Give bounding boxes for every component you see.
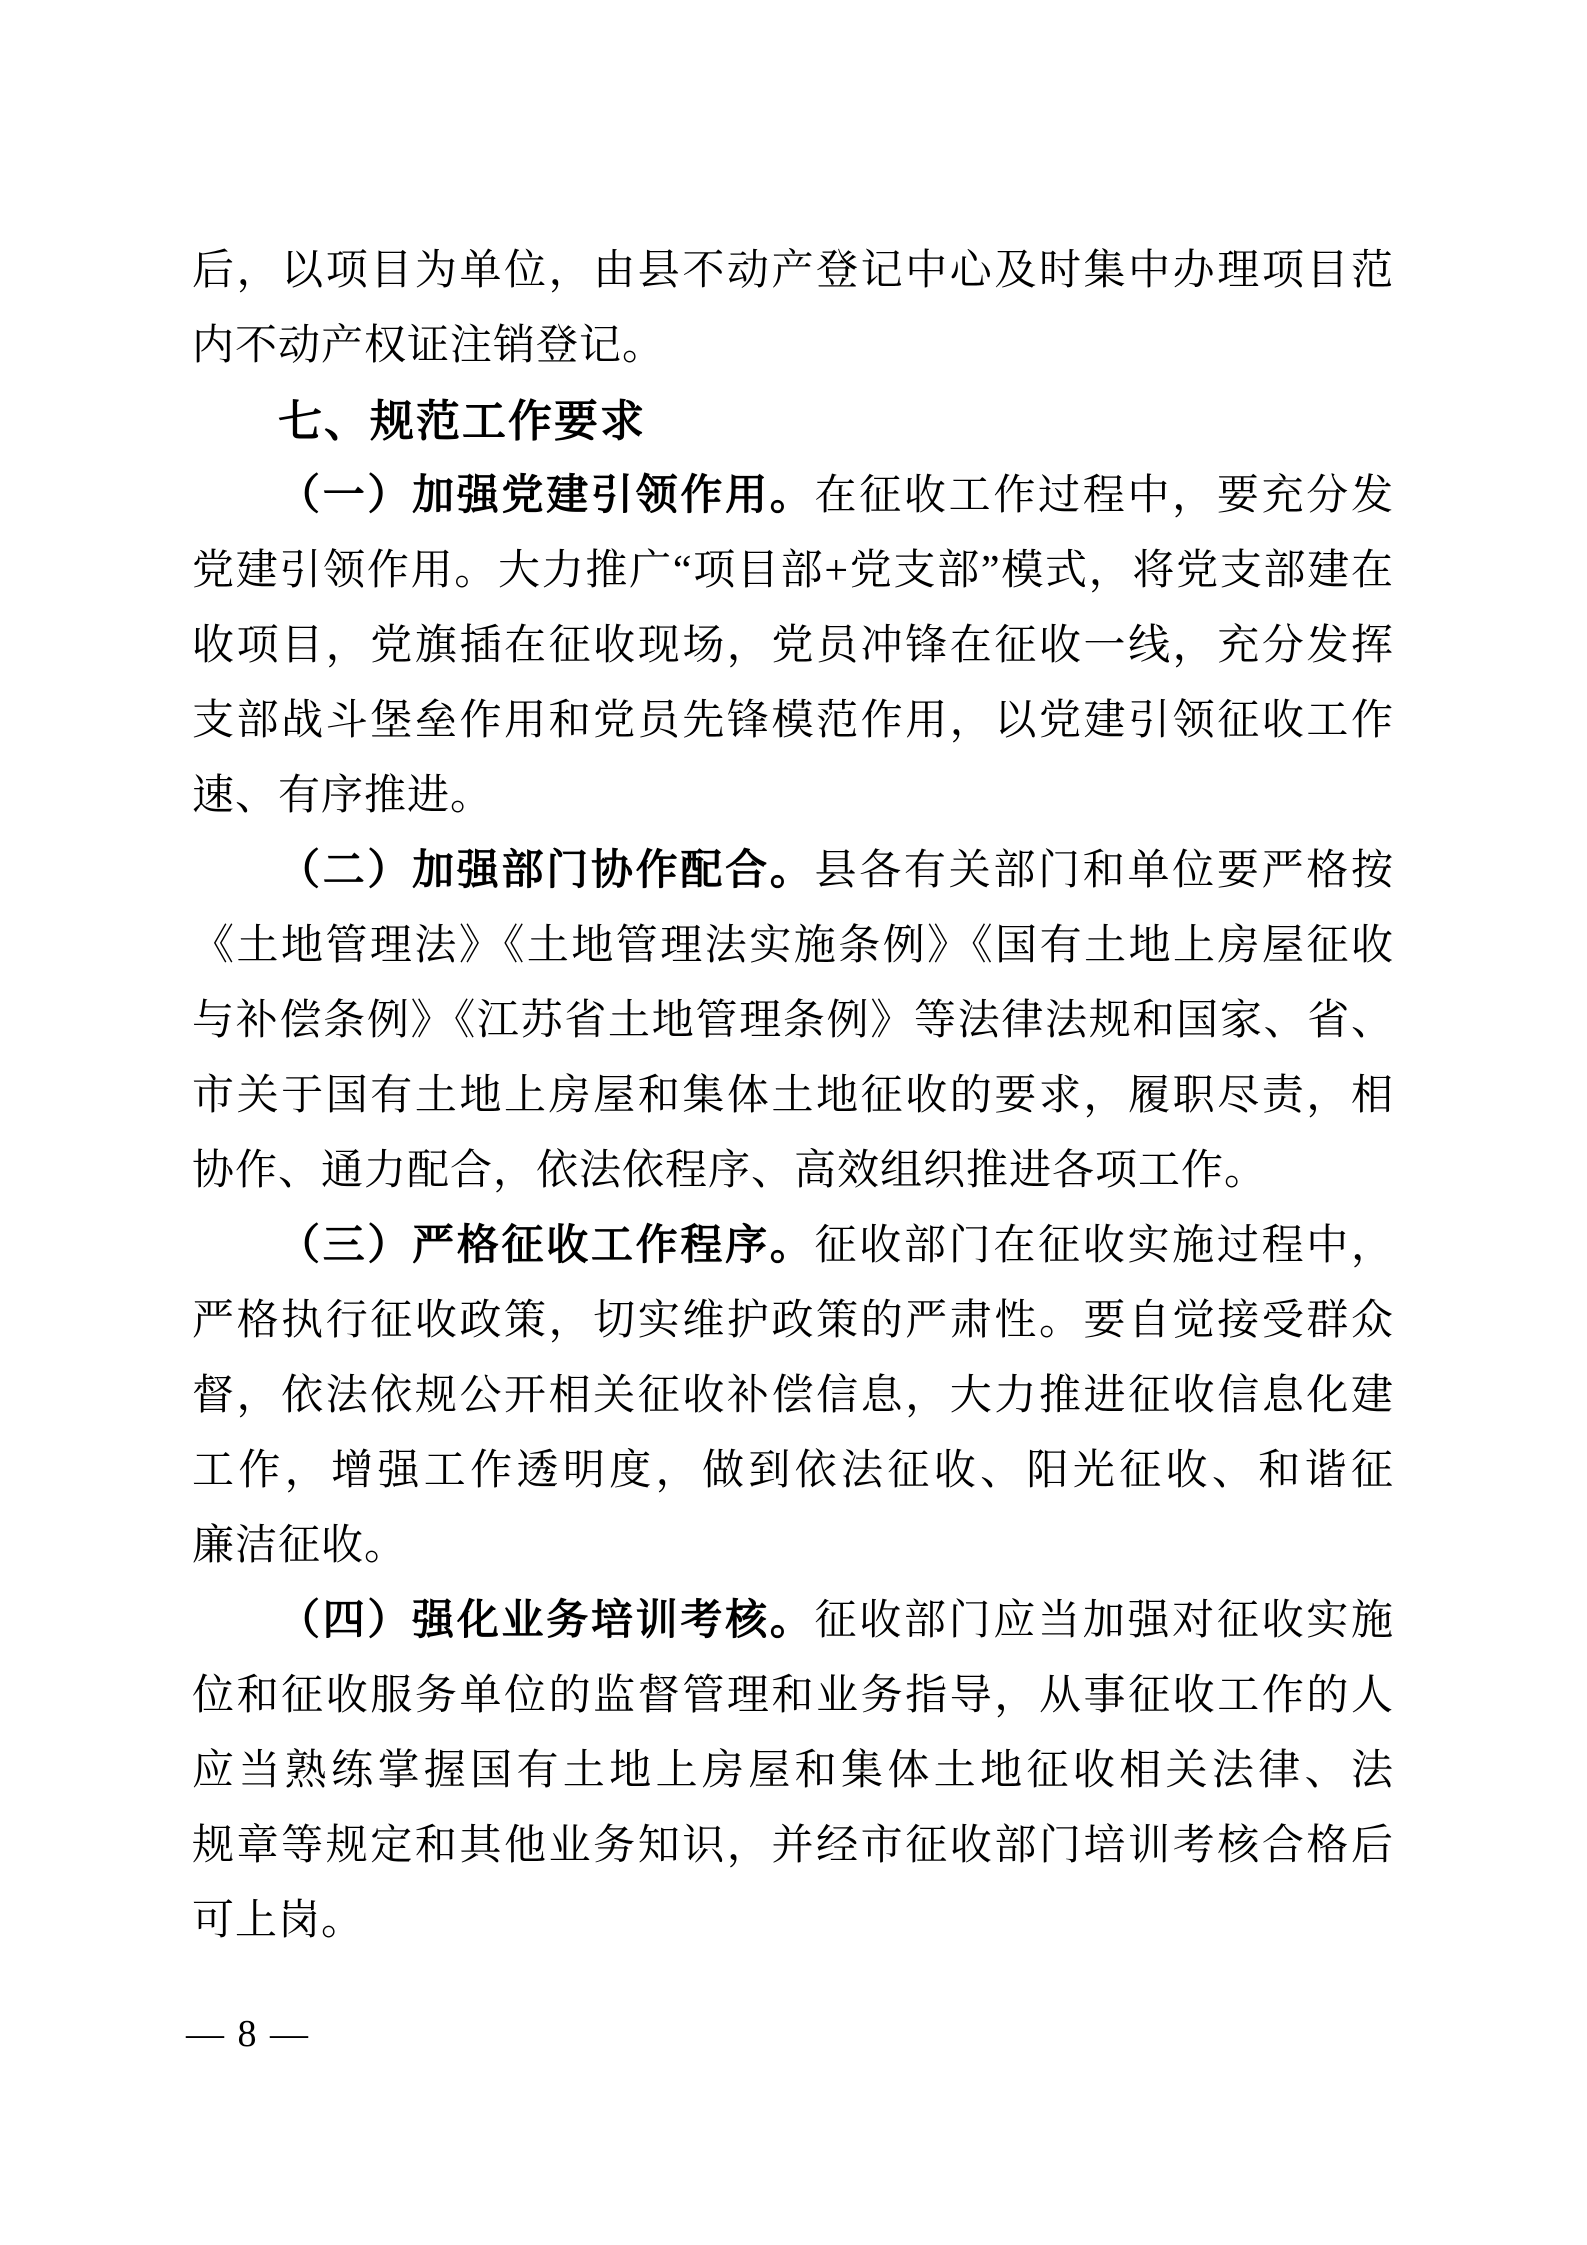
paragraph-lead: （三）严格征收工作程序。 bbox=[278, 1223, 815, 1269]
text-line: 党建引领作用。大力推广“项目部+党支部”模式，将党支部建在征 bbox=[192, 534, 1394, 609]
line-text: 廉洁征收。 bbox=[192, 1523, 407, 1569]
text-line: 后，以项目为单位，由县不动产登记中心及时集中办理项目范围 bbox=[192, 234, 1394, 309]
line-text: 工作，增强工作透明度，做到依法征收、阳光征收、和谐征收、 bbox=[192, 1448, 1394, 1509]
text-line: （一）加强党建引领作用。在征收工作过程中，要充分发挥 bbox=[192, 459, 1394, 534]
line-text: 规章等规定和其他业务知识，并经市征收部门培训考核合格后方 bbox=[192, 1823, 1394, 1884]
text-line: 《土地管理法》《土地管理法实施条例》《国有土地上房屋征收 bbox=[192, 909, 1394, 984]
text-line: 督，依法依规公开相关征收补偿信息，大力推进征收信息化建设 bbox=[192, 1359, 1394, 1434]
text-line: （四）强化业务培训考核。征收部门应当加强对征收实施单 bbox=[192, 1584, 1394, 1659]
line-text: 协作、通力配合，依法依程序、高效组织推进各项工作。 bbox=[192, 1148, 1267, 1194]
line-text: 支部战斗堡垒作用和党员先锋模范作用，以党建引领征收工作快 bbox=[192, 698, 1394, 759]
text-line: 协作、通力配合，依法依程序、高效组织推进各项工作。 bbox=[192, 1134, 1394, 1209]
line-text: 《土地管理法》《土地管理法实施条例》《国有土地上房屋征收 bbox=[192, 923, 1394, 969]
line-text: 后，以项目为单位，由县不动产登记中心及时集中办理项目范围 bbox=[192, 248, 1394, 309]
text-line: 工作，增强工作透明度，做到依法征收、阳光征收、和谐征收、 bbox=[192, 1434, 1394, 1509]
text-line: 廉洁征收。 bbox=[192, 1509, 1394, 1584]
line-text: 党建引领作用。大力推广“项目部+党支部”模式，将党支部建在征 bbox=[192, 548, 1394, 609]
text-line: 速、有序推进。 bbox=[192, 759, 1394, 834]
text-line: （三）严格征收工作程序。征收部门在征收实施过程中，要 bbox=[192, 1209, 1394, 1284]
text-line: 严格执行征收政策，切实维护政策的严肃性。要自觉接受群众监 bbox=[192, 1284, 1394, 1359]
text-line: 支部战斗堡垒作用和党员先锋模范作用，以党建引领征收工作快 bbox=[192, 684, 1394, 759]
paragraph-lead: （一）加强党建引领作用。 bbox=[278, 473, 815, 519]
text-line: 收项目，党旗插在征收现场，党员冲锋在征收一线，充分发挥党 bbox=[192, 609, 1394, 684]
line-text: 严格执行征收政策，切实维护政策的严肃性。要自觉接受群众监 bbox=[192, 1298, 1394, 1359]
line-text: 速、有序推进。 bbox=[192, 773, 493, 819]
page-number: — 8 — bbox=[186, 2012, 310, 2056]
line-text: 应当熟练掌握国有土地上房屋和集体土地征收相关法律、法规、 bbox=[192, 1748, 1394, 1809]
text-line: 应当熟练掌握国有土地上房屋和集体土地征收相关法律、法规、 bbox=[192, 1734, 1394, 1809]
line-text: 市关于国有土地上房屋和集体土地征收的要求，履职尽责，相互 bbox=[192, 1073, 1394, 1134]
line-text: 收项目，党旗插在征收现场，党员冲锋在征收一线，充分发挥党 bbox=[192, 623, 1394, 684]
section-heading: 七、规范工作要求 bbox=[192, 384, 1394, 459]
text-line: 可上岗。 bbox=[192, 1884, 1394, 1959]
paragraph-lead: （二）加强部门协作配合。 bbox=[278, 848, 815, 894]
section-heading-text: 七、规范工作要求 bbox=[278, 397, 646, 446]
line-text: 督，依法依规公开相关征收补偿信息，大力推进征收信息化建设 bbox=[192, 1373, 1394, 1434]
line-text: 位和征收服务单位的监督管理和业务指导，从事征收工作的人员 bbox=[192, 1673, 1394, 1734]
text-line: 内不动产权证注销登记。 bbox=[192, 309, 1394, 384]
document-page: 后，以项目为单位，由县不动产登记中心及时集中办理项目范围 内不动产权证注销登记。… bbox=[0, 0, 1587, 2245]
line-text: 可上岗。 bbox=[192, 1898, 364, 1944]
text-line: 规章等规定和其他业务知识，并经市征收部门培训考核合格后方 bbox=[192, 1809, 1394, 1884]
text-line: 与补偿条例》《江苏省土地管理条例》等法律法规和国家、省、 bbox=[192, 984, 1394, 1059]
text-line: （二）加强部门协作配合。县各有关部门和单位要严格按照 bbox=[192, 834, 1394, 909]
text-line: 位和征收服务单位的监督管理和业务指导，从事征收工作的人员 bbox=[192, 1659, 1394, 1734]
line-text: 与补偿条例》《江苏省土地管理条例》等法律法规和国家、省、 bbox=[192, 998, 1394, 1044]
line-text: 内不动产权证注销登记。 bbox=[192, 323, 665, 369]
text-line: 市关于国有土地上房屋和集体土地征收的要求，履职尽责，相互 bbox=[192, 1059, 1394, 1134]
paragraph-lead: （四）强化业务培训考核。 bbox=[278, 1598, 815, 1644]
text-block: 后，以项目为单位，由县不动产登记中心及时集中办理项目范围 内不动产权证注销登记。… bbox=[192, 234, 1394, 1959]
